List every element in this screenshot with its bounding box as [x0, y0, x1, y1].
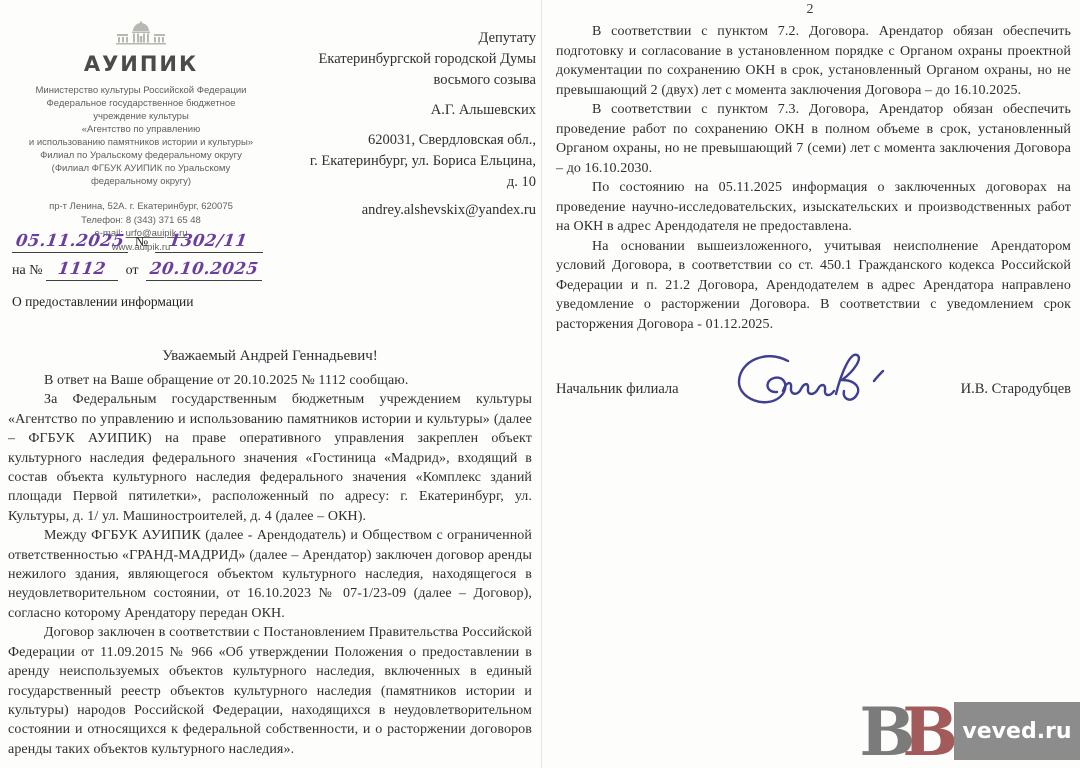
veved-watermark: BB veved.ru — [859, 700, 1080, 760]
org-line: Федеральное государственное бюджетное — [10, 97, 272, 110]
veved-logo: BB — [859, 704, 958, 760]
incoming-label: на № — [12, 263, 43, 278]
contact-line: пр-т Ленина, 52А. г. Екатеринбург, 62007… — [10, 200, 272, 214]
veved-site-box: veved.ru — [954, 702, 1080, 760]
contact-lines: пр-т Ленина, 52А. г. Екатеринбург, 62007… — [10, 200, 272, 227]
recipient-email: andrey.alshevskix@yandex.ru — [280, 200, 536, 221]
address-line: д. 10 — [280, 172, 536, 193]
org-logo-text: АУИПИК — [10, 52, 272, 76]
org-line: федеральному округу) — [10, 175, 272, 188]
auipik-building-icon — [10, 20, 272, 52]
veved-logo-b2: B — [902, 693, 958, 768]
org-name-lines: Министерство культуры Российской Федерац… — [10, 84, 272, 188]
incoming-ref-row: на № 1112 от 20.10.2025 — [12, 259, 292, 287]
outgoing-date-field: 05.11.2025 — [12, 231, 128, 253]
contact-line: Телефон: 8 (343) 371 65 48 — [10, 214, 272, 228]
recipient-block: ДепутатуЕкатеринбургской городской Думыв… — [280, 28, 536, 221]
signer-title: Начальник филиала — [556, 381, 679, 398]
recipient-line: Депутату — [280, 28, 536, 49]
outgoing-date-handwritten: 05.11.2025 — [15, 231, 126, 250]
signer-name: И.В. Стародубцев — [961, 381, 1071, 398]
org-line: Филиал по Уральскому федеральному округу — [10, 149, 272, 162]
page-number: 2 — [540, 2, 1080, 18]
from-label: от — [126, 263, 139, 278]
salutation: Уважаемый Андрей Геннадьевич! — [0, 348, 540, 365]
recipient-title-lines: ДепутатуЕкатеринбургской городской Думыв… — [280, 28, 536, 91]
incoming-number-handwritten: 1112 — [57, 259, 108, 278]
outgoing-number-field: 1302/11 — [155, 231, 263, 253]
reference-block: 05.11.2025 № 1302/11 на № 1112 от 20.10.… — [12, 231, 292, 310]
number-sign-label: № — [135, 235, 148, 250]
scanned-letter: АУИПИК Министерство культуры Российской … — [0, 0, 1080, 768]
recipient-address: 620031, Свердловская обл.,г. Екатеринбур… — [280, 130, 536, 193]
paragraph: На основании вышеизложенного, учитывая н… — [556, 237, 1071, 335]
address-line: г. Екатеринбург, ул. Бориса Ельцина, — [280, 151, 536, 172]
outgoing-ref-row: 05.11.2025 № 1302/11 — [12, 231, 292, 259]
paragraph: За Федеральным государственным бюджетным… — [8, 390, 532, 526]
incoming-number-field: 1112 — [46, 259, 118, 281]
paragraph: В соответствии с пунктом 7.3. Договора, … — [556, 100, 1071, 178]
org-line: Министерство культуры Российской Федерац… — [10, 84, 272, 97]
letterhead: АУИПИК Министерство культуры Российской … — [10, 20, 272, 254]
veved-site-text: veved.ru — [962, 719, 1071, 744]
recipient-line: Екатеринбургской городской Думы — [280, 49, 536, 70]
letter-subject: О предоставлении информации — [12, 294, 292, 310]
org-line: учреждение культуры — [10, 110, 272, 123]
outgoing-number-handwritten: 1302/11 — [168, 231, 249, 250]
paragraph: В ответ на Ваше обращение от 20.10.2025 … — [8, 371, 532, 390]
recipient-name: А.Г. Альшевских — [280, 100, 536, 121]
address-line: 620031, Свердловская обл., — [280, 130, 536, 151]
page1-body: В ответ на Ваше обращение от 20.10.2025 … — [8, 371, 532, 759]
paragraph: В соответствии с пунктом 7.2. Договора. … — [556, 22, 1071, 100]
org-line: (Филиал ФГБУК АУИПИК по Уральскому — [10, 162, 272, 175]
org-line: и использованию памятников истории и кул… — [10, 136, 272, 149]
paragraph: Договор заключен в соответствии с Постан… — [8, 623, 532, 759]
org-line: «Агентство по управлению — [10, 123, 272, 136]
incoming-date-field: 20.10.2025 — [146, 259, 262, 281]
page2-body: В соответствии с пунктом 7.2. Договора. … — [556, 22, 1071, 334]
incoming-date-handwritten: 20.10.2025 — [149, 259, 260, 278]
paragraph: По состоянию на 05.11.2025 информация о … — [556, 178, 1071, 237]
page-seam — [541, 0, 542, 768]
paragraph: Между ФГБУК АУИПИК (далее - Арендодатель… — [8, 526, 532, 623]
signature-ink — [728, 347, 898, 427]
recipient-line: восьмого созыва — [280, 70, 536, 91]
